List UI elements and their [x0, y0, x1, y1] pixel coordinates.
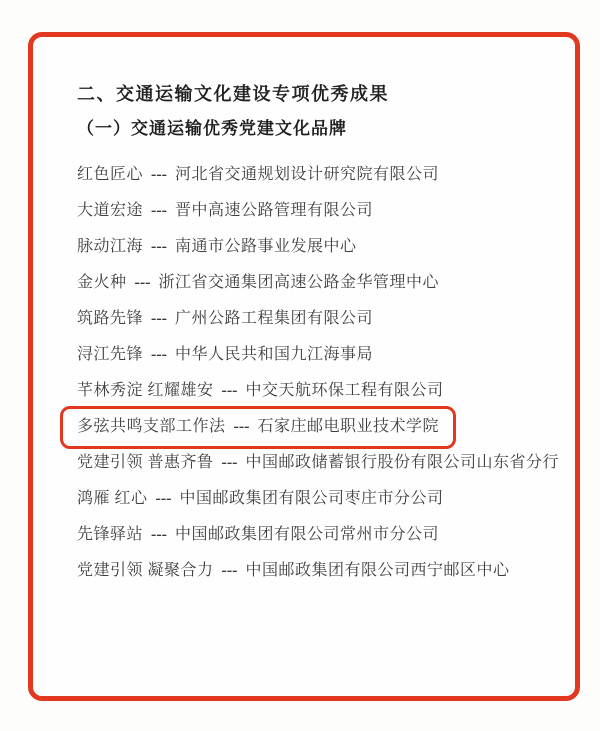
brand-name: 筑路先锋: [77, 310, 143, 328]
company-name: 广州公路工程集团有限公司: [175, 310, 373, 328]
separator-dashes: ---: [156, 490, 172, 508]
list-item: 金火种 --- 浙江省交通集团高速公路金华管理中心: [77, 265, 557, 301]
company-name: 浙江省交通集团高速公路金华管理中心: [159, 274, 440, 292]
brand-name: 大道宏途: [77, 202, 143, 220]
award-list: 红色匠心 --- 河北省交通规划设计研究院有限公司 大道宏途 --- 晋中高速公…: [77, 157, 557, 589]
list-item: 红色匠心 --- 河北省交通规划设计研究院有限公司: [77, 157, 557, 193]
award-entry: 筑路先锋 --- 广州公路工程集团有限公司: [77, 310, 373, 328]
award-entry: 先锋驿站 --- 中国邮政集团有限公司常州市分公司: [77, 526, 439, 544]
company-name: 中华人民共和国九江海事局: [175, 346, 373, 364]
document-frame: 二、交通运输文化建设专项优秀成果 （一）交通运输优秀党建文化品牌 红色匠心 --…: [28, 32, 580, 701]
separator-dashes: ---: [151, 166, 167, 184]
company-name: 中交天航环保工程有限公司: [246, 382, 444, 400]
separator-dashes: ---: [222, 382, 238, 400]
separator-dashes: ---: [151, 202, 167, 220]
separator-dashes: ---: [151, 526, 167, 544]
company-name: 河北省交通规划设计研究院有限公司: [175, 166, 439, 184]
list-item: 鸿雁 红心 --- 中国邮政集团有限公司枣庄市分公司: [77, 481, 557, 517]
award-entry: 浔江先锋 --- 中华人民共和国九江海事局: [77, 346, 373, 364]
award-entry: 大道宏途 --- 晋中高速公路管理有限公司: [77, 202, 373, 220]
brand-name: 党建引领 凝聚合力: [77, 562, 214, 580]
award-entry: 党建引领 普惠齐鲁 --- 中国邮政储蓄银行股份有限公司山东省分行: [77, 454, 559, 472]
company-name: 中国邮政储蓄银行股份有限公司山东省分行: [246, 454, 560, 472]
award-entry: 红色匠心 --- 河北省交通规划设计研究院有限公司: [77, 166, 439, 184]
company-name: 晋中高速公路管理有限公司: [175, 202, 373, 220]
brand-name: 红色匠心: [77, 166, 143, 184]
brand-name: 党建引领 普惠齐鲁: [77, 454, 214, 472]
company-name: 南通市公路事业发展中心: [175, 238, 357, 256]
list-item: 先锋驿站 --- 中国邮政集团有限公司常州市分公司: [77, 517, 557, 553]
brand-name: 先锋驿站: [77, 526, 143, 544]
award-entry: 鸿雁 红心 --- 中国邮政集团有限公司枣庄市分公司: [77, 490, 444, 508]
brand-name: 脉动江海: [77, 238, 143, 256]
list-item: 浔江先锋 --- 中华人民共和国九江海事局: [77, 337, 557, 373]
screenshot-canvas: 二、交通运输文化建设专项优秀成果 （一）交通运输优秀党建文化品牌 红色匠心 --…: [0, 0, 600, 731]
separator-dashes: ---: [151, 238, 167, 256]
award-entry: 金火种 --- 浙江省交通集团高速公路金华管理中心: [77, 274, 439, 292]
brand-name: 浔江先锋: [77, 346, 143, 364]
company-name: 中国邮政集团有限公司枣庄市分公司: [180, 490, 444, 508]
list-item: 党建引领 普惠齐鲁 --- 中国邮政储蓄银行股份有限公司山东省分行: [77, 445, 557, 481]
brand-name: 金火种: [77, 274, 127, 292]
brand-name: 多弦共鸣支部工作法: [77, 418, 226, 436]
separator-dashes: ---: [222, 454, 238, 472]
award-entry: 芊林秀淀 红耀雄安 --- 中交天航环保工程有限公司: [77, 382, 444, 400]
subsection-heading: （一）交通运输优秀党建文化品牌: [77, 118, 557, 140]
list-item: 大道宏途 --- 晋中高速公路管理有限公司: [77, 193, 557, 229]
company-name: 中国邮政集团有限公司西宁邮区中心: [246, 562, 510, 580]
section-heading: 二、交通运输文化建设专项优秀成果: [77, 83, 557, 105]
list-item: 筑路先锋 --- 广州公路工程集团有限公司: [77, 301, 557, 337]
list-item: 脉动江海 --- 南通市公路事业发展中心: [77, 229, 557, 265]
list-item: 多弦共鸣支部工作法 --- 石家庄邮电职业技术学院: [77, 409, 557, 445]
brand-name: 芊林秀淀 红耀雄安: [77, 382, 214, 400]
separator-dashes: ---: [222, 562, 238, 580]
separator-dashes: ---: [151, 346, 167, 364]
brand-name: 鸿雁 红心: [77, 490, 148, 508]
company-name: 中国邮政集团有限公司常州市分公司: [175, 526, 439, 544]
separator-dashes: ---: [234, 418, 250, 436]
company-name: 石家庄邮电职业技术学院: [258, 418, 440, 436]
award-entry: 党建引领 凝聚合力 --- 中国邮政集团有限公司西宁邮区中心: [77, 562, 510, 580]
separator-dashes: ---: [135, 274, 151, 292]
list-item: 芊林秀淀 红耀雄安 --- 中交天航环保工程有限公司: [77, 373, 557, 409]
award-entry: 脉动江海 --- 南通市公路事业发展中心: [77, 238, 357, 256]
separator-dashes: ---: [151, 310, 167, 328]
highlight-box: 多弦共鸣支部工作法 --- 石家庄邮电职业技术学院: [60, 406, 456, 449]
list-item: 党建引领 凝聚合力 --- 中国邮政集团有限公司西宁邮区中心: [77, 553, 557, 589]
